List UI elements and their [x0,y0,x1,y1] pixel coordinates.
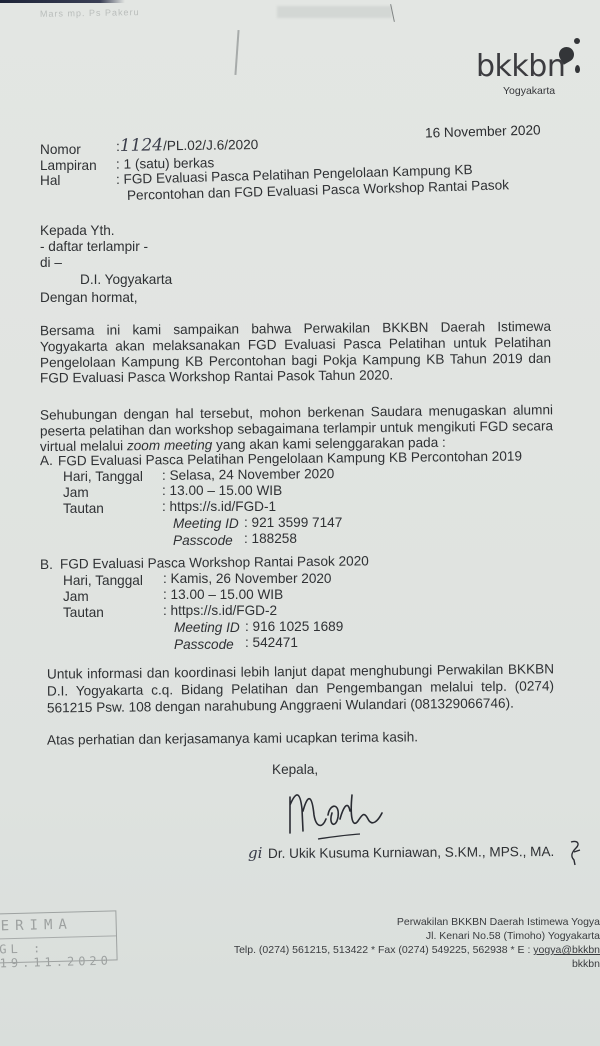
footer-address: Jl. Kenari No.58 (Timoho) Yogyakarta [426,930,600,943]
event-label: Meeting ID [173,516,239,532]
footer-phone-fax: Telp. (0274) 561215, 513422 * Fax (0274)… [234,944,533,956]
letter-date: 16 November 2020 [425,122,541,140]
event-marker: A. [40,453,53,469]
event-label: Hari, Tanggal [63,573,143,589]
salutation: Dengan hormat, [40,290,137,306]
recipient-line: di – [40,255,62,271]
recipient-line: Kepada Yth. [40,223,115,239]
logo-wordmark: bkkbn [476,52,565,82]
event-value: : 921 3599 7147 [244,515,342,531]
handwritten-signature-icon [278,785,388,845]
event-marker: B. [40,557,53,573]
footer-email-link[interactable]: yogya@bkkbn [533,944,600,956]
letter-page: Mars mp. Ps Pakeru bkkbn Yogyakarta 16 N… [0,0,600,1046]
event-value: : 916 1025 1689 [245,619,343,635]
event-label: Jam [63,485,89,501]
nomor-suffix: /PL.02/J.6/2020 [163,137,258,153]
stamp-date: GL : 19.11.2020 [0,939,117,970]
received-stamp: ERIMA GL : 19.11.2020 [0,910,118,963]
logo-drop-icon [575,65,580,73]
signature-initial: gi [248,845,262,861]
bleed-through-text: Mars mp. Ps Pakeru [40,7,140,19]
initial-mark-icon [568,838,584,866]
nomor-value: :1124/PL.02/J.6/2020 [116,136,259,155]
event-value: : Selasa, 24 November 2020 [162,466,334,484]
recipient-city: D.I. Yogyakarta [80,272,172,288]
bkkbn-logo: bkkbn Yogyakarta [474,30,584,100]
lampiran-label: Lampiran [40,158,97,174]
event-value: : 13.00 – 15.00 WIB [162,483,282,499]
text-italic: zoom meeting [127,437,213,453]
event-label: Passcode [173,533,233,549]
nomor-label: Nomor [40,142,81,158]
photo-edge-shadow [0,0,125,3]
text-span: virtual melalui [40,438,127,454]
bleed-through-smudge [277,6,392,18]
logo-subtitle: Yogyakarta [503,85,555,97]
event-label: Tautan [63,605,104,621]
event-label: Jam [63,589,89,605]
event-link[interactable]: : https://s.id/FGD-2 [163,603,277,619]
logo-dot-icon [574,38,580,44]
event-value: : 13.00 – 15.00 WIB [163,587,283,603]
event-value: : 188258 [244,531,297,547]
closing-line: Atas perhatian dan kerjasamanya kami uca… [47,729,418,748]
event-label: Hari, Tanggal [63,469,143,485]
signatory-name: Dr. Ukik Kusuma Kurniawan, S.KM., MPS., … [268,844,554,862]
event-label: Passcode [174,637,234,653]
hal-label: Hal [40,173,60,189]
paragraph-line: FGD Evaluasi Pasca Workshop Rantai Pasok… [40,367,393,386]
footer-org: Perwakilan BKKBN Daerah Istimewa Yogya [397,916,600,929]
event-label: Tautan [63,501,104,517]
signature-title: Kepala, [272,762,318,778]
event-link[interactable]: : https://s.id/FGD-1 [162,499,276,515]
event-title: FGD Evaluasi Pasca Workshop Rantai Pasok… [60,553,369,572]
event-value: : Kamis, 26 November 2020 [163,571,332,587]
footer-contact: Telp. (0274) 561215, 513422 * Fax (0274)… [234,944,600,957]
event-label: Meeting ID [174,620,240,636]
event-value: : 542471 [245,635,298,651]
bleed-through-mark [234,30,239,75]
stamp-heading: ERIMA [0,916,73,934]
footer-website: bkkbn [572,958,600,971]
nomor-handwritten: 1124 [120,135,164,156]
recipient-line: - daftar terlampir - [40,239,148,255]
